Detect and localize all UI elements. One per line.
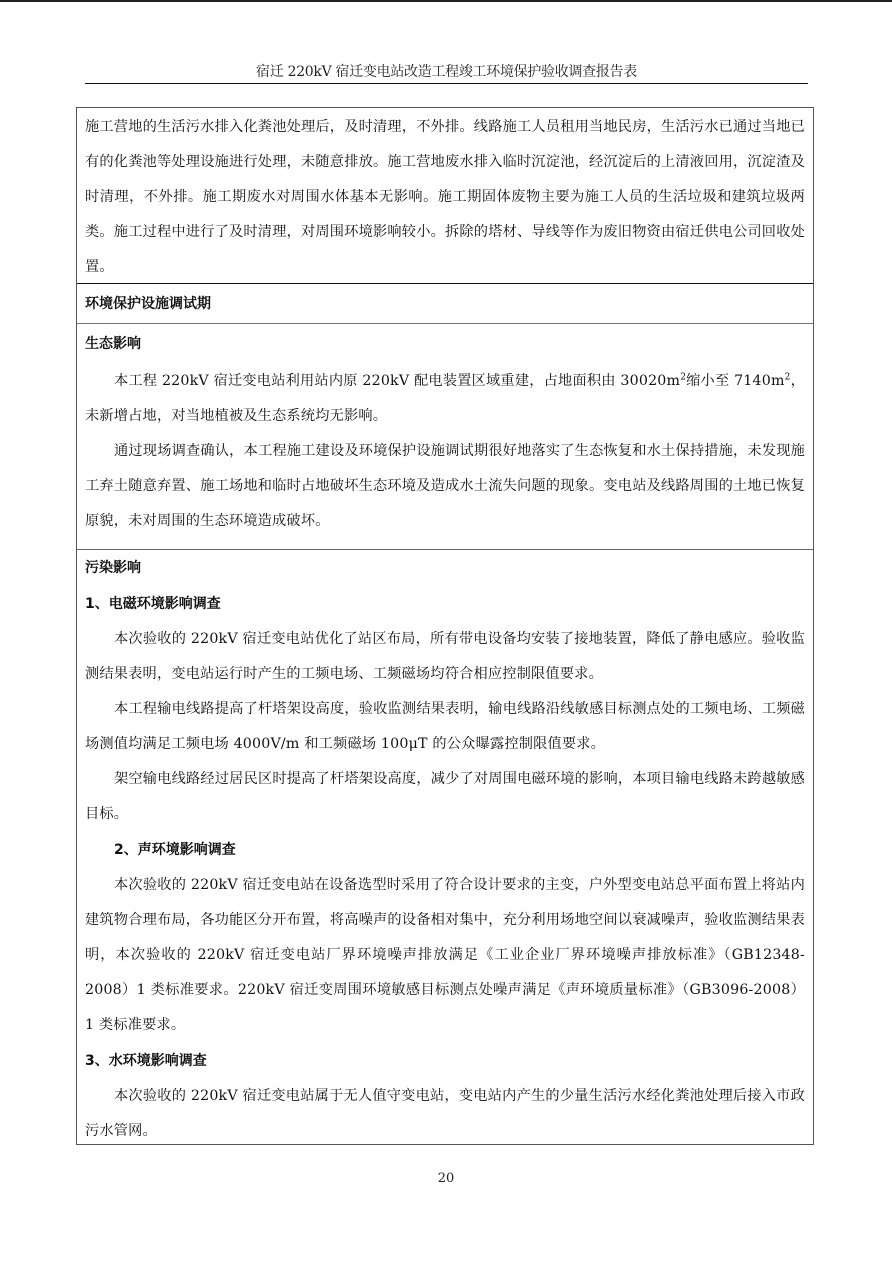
electromagnetic-paragraph-3: 架空输电线路经过居民区时提高了杆塔架设高度，减少了对周围电磁环境的影响，本项目输… xyxy=(85,762,805,832)
acoustic-paragraph-1: 本次验收的 220kV 宿迁变电站在设备选型时采用了符合设计要求的主变，户外型变… xyxy=(85,868,805,1043)
section-title-acoustic: 2、声环境影响调查 xyxy=(85,832,805,868)
section-title-water: 3、水环境影响调查 xyxy=(85,1043,805,1079)
commissioning-period-heading: 环境保护设施调试期 xyxy=(85,284,805,324)
ecological-impact-paragraph-1: 本工程 220kV 宿迁变电站利用站内原 220kV 配电装置区域重建，占地面积… xyxy=(85,364,805,434)
text-segment: 本工程 220kV 宿迁变电站利用站内原 220kV 配电装置区域重建，占地面积… xyxy=(114,373,680,389)
pollution-impact-heading: 污染影响 xyxy=(85,550,805,586)
section-title-electromagnetic: 1、电磁环境影响调查 xyxy=(85,586,805,622)
ecological-impact-cell: 生态影响 本工程 220kV 宿迁变电站利用站内原 220kV 配电装置区域重建… xyxy=(77,324,813,550)
commissioning-period-cell: 环境保护设施调试期 xyxy=(77,284,813,324)
header-rule xyxy=(85,83,808,84)
pollution-impact-cell: 污染影响 1、电磁环境影响调查 本次验收的 220kV 宿迁变电站优化了站区布局… xyxy=(77,550,813,1144)
electromagnetic-paragraph-1: 本次验收的 220kV 宿迁变电站优化了站区布局，所有带电设备均安装了接地装置，… xyxy=(85,622,805,692)
report-table: 施工营地的生活污水排入化粪池处理后，及时清理，不外排。线路施工人员租用当地民房，… xyxy=(76,107,814,1145)
page-top-border xyxy=(0,0,892,2)
water-paragraph-1: 本次验收的 220kV 宿迁变电站属于无人值守变电站，变电站内产生的少量生活污水… xyxy=(85,1079,805,1149)
construction-wastewater-paragraph: 施工营地的生活污水排入化粪池处理后，及时清理，不外排。线路施工人员租用当地民房，… xyxy=(85,108,805,285)
electromagnetic-paragraph-2: 本工程输电线路提高了杆塔架设高度，验收监测结果表明，输电线路沿线敏感目标测点处的… xyxy=(85,692,805,762)
text-segment: 缩小至 7140m xyxy=(686,373,785,389)
ecological-impact-paragraph-2: 通过现场调查确认，本工程施工建设及环境保护设施调试期很好地落实了生态恢复和水土保… xyxy=(85,434,805,539)
running-header: 宿迁 220kV 宿迁变电站改造工程竣工环境保护验收调查报告表 xyxy=(85,63,808,81)
construction-wastewater-cell: 施工营地的生活污水排入化粪池处理后，及时清理，不外排。线路施工人员租用当地民房，… xyxy=(77,108,813,284)
ecological-impact-heading: 生态影响 xyxy=(85,324,805,364)
page-number: 20 xyxy=(0,1171,892,1186)
